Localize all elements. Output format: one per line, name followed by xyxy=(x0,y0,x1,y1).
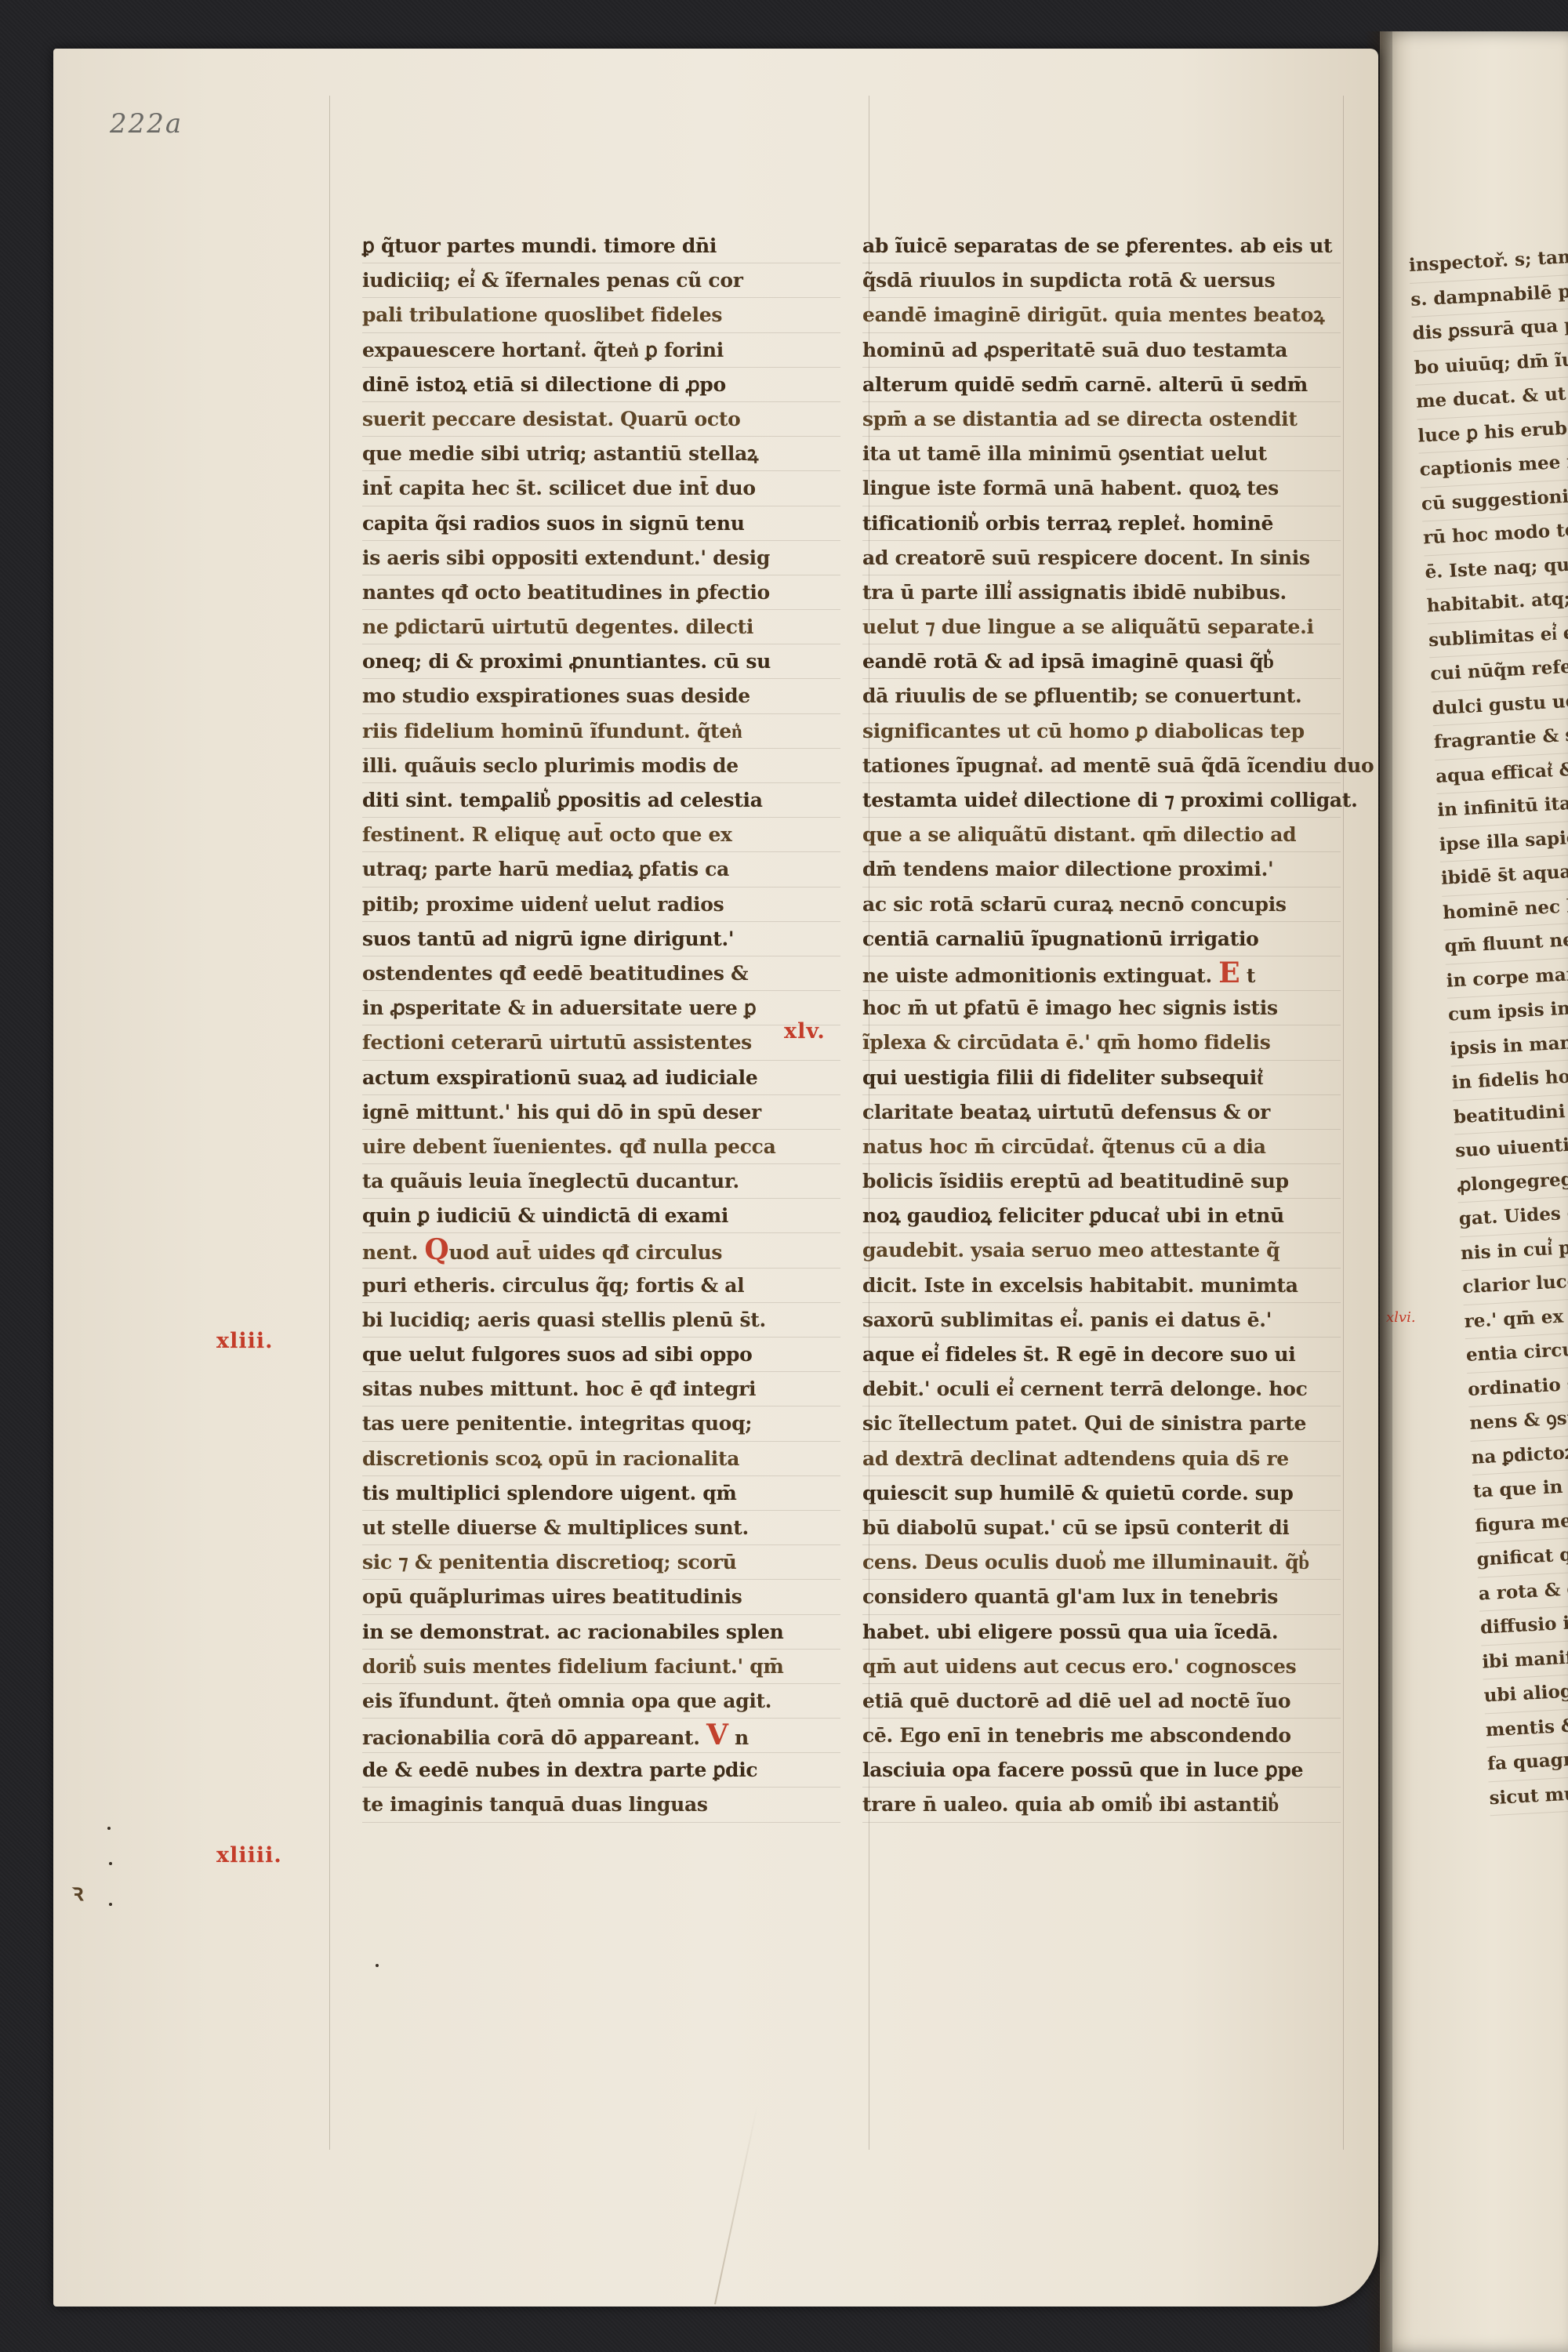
text-line: capita q̃si radios suos in signū tenu xyxy=(362,506,840,541)
text-line: tis multiplici splendore uigent. qm̄ xyxy=(362,1476,840,1511)
text-line: dā riuulis de se ꝑfluentib; se conuertun… xyxy=(862,679,1341,713)
text-line: que uelut fulgores suos ad sibi oppo xyxy=(362,1338,840,1372)
text-line: quin ꝑ iudiciū & uindictā di exami xyxy=(362,1199,840,1233)
text-line: cens. Deus oculis duob͛ me illuminauit. … xyxy=(862,1545,1341,1580)
text-line: nent. Quod aut̄ uides qđ circulus xyxy=(362,1233,840,1268)
text-line: tationes ĩpugnat͛. ad mentē suā q̃dā ĩce… xyxy=(862,749,1341,783)
text-line: dorib͛ suis mentes fidelium faciunt.' qm… xyxy=(362,1650,840,1684)
text-line: testamta uidet͛ dilectione di ⁊ proximi … xyxy=(862,783,1341,818)
text-line: alterum quidē sedm̄ carnē. alterū ū sedm… xyxy=(862,368,1341,402)
text-line: dinē istoꝝ etiā si dilectione di ꝓpo xyxy=(362,368,840,402)
text-line: etiā quē ductorē ad diē uel ad noctē ĩuo xyxy=(862,1684,1341,1719)
text-line: ignē mittunt.' his qui dō in spū deser xyxy=(362,1095,840,1130)
text-line: discretionis scoꝝ opū in racionalita xyxy=(362,1442,840,1476)
text-line: tificationib͛ orbis terraꝝ replet͛. homi… xyxy=(862,506,1341,541)
text-line: ut stelle diuerse & multiplices sunt. xyxy=(362,1511,840,1545)
text-column-right: ab ĩuicē separatas de se ꝑferentes. ab e… xyxy=(862,229,1341,1823)
text-line: lingue iste formā unā habent. quoꝝ tes xyxy=(862,471,1341,506)
text-line: aque ei͛ fideles s̄t. R egē in decore su… xyxy=(862,1338,1341,1372)
text-line: racionabilia corā dō appareant. V n xyxy=(362,1719,840,1753)
text-line: int̄ capita hec s̄t. scilicet due int̄ d… xyxy=(362,471,840,506)
pricking-hole xyxy=(107,1827,111,1830)
text-line: ostendentes qđ eedē beatitudines & xyxy=(362,956,840,991)
text-line: ta quãuis leuia ĩneglectū ducantur. xyxy=(362,1164,840,1199)
rubric-chapter-xliii: xliii. xyxy=(216,1329,274,1353)
text-line: dicit. Iste in excelsis habitabit. munim… xyxy=(862,1269,1341,1303)
text-line: significantes ut cū homo ꝑ diabolicas te… xyxy=(862,714,1341,749)
text-line: tas uere penitentie. integritas quoq; xyxy=(362,1406,840,1441)
text-line: q̃sdā riuulos in supdicta rotā & uersus xyxy=(862,263,1341,298)
text-line: bolicis ĩsidiis ereptū ad beatitudinē su… xyxy=(862,1164,1341,1199)
text-line: ab ĩuicē separatas de se ꝑferentes. ab e… xyxy=(862,229,1341,263)
marginal-mark: ꝛ xyxy=(72,1875,83,1907)
ruling-line-left-margin xyxy=(329,96,330,2150)
text-line: sitas nubes mittunt. hoc ē qđ integri xyxy=(362,1372,840,1406)
text-line: expauescere hortant͛. q̃ten͛ ꝑ forini xyxy=(362,333,840,368)
red-initial-q: Q xyxy=(424,1233,448,1266)
text-line: lasciuia opa facere possū que in luce ꝑp… xyxy=(862,1753,1341,1788)
text-line: spm̄ a se distantia ad se directa ostend… xyxy=(862,402,1341,437)
text-line: in ꝓsperitate & in aduersitate uere ꝑ xyxy=(362,991,840,1025)
pricking-hole xyxy=(109,1903,112,1906)
text-line: gaudebit. ysaia seruo meo attestante q̃ xyxy=(862,1233,1341,1268)
text-line: festinent. R eliquę aut̄ octo que ex xyxy=(362,818,840,852)
text-line: trare n̄ ualeo. quia ab omib͛ ibi astant… xyxy=(862,1788,1341,1822)
text-line: suerit peccare desistat. Quarū octo xyxy=(362,402,840,437)
text-line: illi. quãuis seclo plurimis modis de xyxy=(362,749,840,783)
pricking-hole xyxy=(109,1862,112,1865)
text-line: claritate beataꝝ uirtutū defensus & or xyxy=(862,1095,1341,1130)
rubric-chapter-xlv: xlv. xyxy=(784,1019,826,1044)
text-line: fectioni ceterarū uirtutū assistentes xyxy=(362,1025,840,1060)
text-line: mo studio exspirationes suas deside xyxy=(362,679,840,713)
text-line: hoc m̄ ut ꝑfatū ē imago hec signis istis xyxy=(862,991,1341,1025)
text-line: in se demonstrat. ac racionabiles splen xyxy=(362,1615,840,1650)
text-line: eandē rotā & ad ipsā imaginē quasi q̃b͛ xyxy=(862,644,1341,679)
text-line: nantes qđ octo beatitudines in ꝑfectio xyxy=(362,575,840,610)
text-line: uire debent ĩuenientes. qđ nulla pecca xyxy=(362,1130,840,1164)
text-line: ac sic rotā scłarū curaꝝ necnō concupis xyxy=(862,887,1341,922)
text-line: ꝑ q̃tuor partes mundi. timore dn̄i xyxy=(362,229,840,263)
text-line: iudiciiq; ei͛ & ĩfernales penas cũ cor xyxy=(362,263,840,298)
text-line: bū diabolū supat.' cū se ipsū conterit d… xyxy=(862,1511,1341,1545)
text-line: centiā carnaliū ĩpugnationū irrigatio xyxy=(862,922,1341,956)
text-line: quiescit sup humilē & quietū corde. sup xyxy=(862,1476,1341,1511)
text-line: ĩplexa & circūdata ē.' qm̄ homo fidelis xyxy=(862,1025,1341,1060)
text-line: utraq; parte harū mediaꝝ ꝑfatis ca xyxy=(362,852,840,887)
text-line: tra ū parte illi͛ assignatis ibidē nubib… xyxy=(862,575,1341,610)
text-line: pitib; proxime uident͛ uelut radios xyxy=(362,887,840,922)
text-column-left: ꝑ q̃tuor partes mundi. timore dn̄iiudici… xyxy=(362,229,840,1823)
rubric-chapter-xliiii: xliiii. xyxy=(216,1843,282,1867)
text-line: pali tribulatione quoslibet fideles xyxy=(362,298,840,332)
red-initial-v: V xyxy=(706,1719,728,1751)
text-line: debit.' oculi ei͛ cernent terrā delonge.… xyxy=(862,1372,1341,1406)
folio-number: 222a xyxy=(110,108,183,140)
text-line: sic ⁊ & penitentia discretioq; scorū xyxy=(362,1545,840,1580)
text-line: saxorū sublimitas ei͛. panis ei datus ē.… xyxy=(862,1303,1341,1338)
text-line: ne ꝑdictarū uirtutū degentes. dilecti xyxy=(362,610,840,644)
text-line: qm̄ aut uidens aut cecus ero.' cognosces xyxy=(862,1650,1341,1684)
text-line: dm̄ tendens maior dilectione proximi.' xyxy=(862,852,1341,887)
text-line: natus hoc m̄ circūdat͛. q̃tenus cū a dia xyxy=(862,1130,1341,1164)
text-line: oneq; di & proximi ꝓnuntiantes. cū su xyxy=(362,644,840,679)
text-line: ad dextrā declinat adtendens quia ds̄ re xyxy=(862,1442,1341,1476)
text-line: de & eedē nubes in dextra parte ꝑdic xyxy=(362,1753,840,1788)
text-line: actum exspirationū suaꝝ ad iudiciale xyxy=(362,1061,840,1095)
text-line: uelut ⁊ due lingue a se aliquãtū separat… xyxy=(862,610,1341,644)
pricking-hole xyxy=(376,1964,379,1967)
text-line: cē. Ego enī in tenebris me abscondendo xyxy=(862,1719,1341,1753)
text-line: ita ut tamē illa minimū ꝯsentiat uelut xyxy=(862,437,1341,471)
text-line: considero quantā gl'am lux in tenebris xyxy=(862,1580,1341,1614)
facing-page-text: inspectoř. s; tamē in tenebrs. dampnabil… xyxy=(1408,234,1568,1816)
text-line: eis ĩfundunt. q̃ten͛ omnia opa que agit. xyxy=(362,1684,840,1719)
text-line: diti sint. temꝑalib͛ ꝑpositis ad celesti… xyxy=(362,783,840,818)
text-line: ne uiste admonitionis extinguat. E t xyxy=(862,956,1341,991)
text-line: qui uestigia filii di fideliter subsequi… xyxy=(862,1061,1341,1095)
text-line: noꝝ gaudioꝝ feliciter ꝑducat͛ ubi in etn… xyxy=(862,1199,1341,1233)
text-line: bi lucidiq; aeris quasi stellis plenū s̄… xyxy=(362,1303,840,1338)
text-line: suos tantū ad nigrū igne dirigunt.' xyxy=(362,922,840,956)
text-line: que medie sibi utriq; astantiū stellaꝝ xyxy=(362,437,840,471)
text-line: riis fidelium hominū ĩfundunt. q̃ten͛ xyxy=(362,714,840,749)
text-line: sic ĩtellectum patet. Qui de sinistra pa… xyxy=(862,1406,1341,1441)
text-line: habet. ubi eligere possū qua uia ĩcedā. xyxy=(862,1615,1341,1650)
text-line: puri etheris. circulus q̃q; fortis & al xyxy=(362,1269,840,1303)
text-line: te imaginis tanquā duas linguas xyxy=(362,1788,840,1822)
text-line: hominū ad ꝓsperitatē suā duo testamta xyxy=(862,333,1341,368)
text-line: que a se aliquãtū distant. qm̄ dilectio … xyxy=(862,818,1341,852)
red-initial-e: E xyxy=(1218,956,1240,989)
facing-page: inspectoř. s; tamē in tenebrs. dampnabil… xyxy=(1380,31,1568,2352)
text-line: ad creatorē suū respicere docent. In sin… xyxy=(862,541,1341,575)
ruling-line-right-margin xyxy=(1343,96,1344,2150)
text-line: is aeris sibi oppositi extendunt.' desig xyxy=(362,541,840,575)
text-line: eandē imaginē dirigūt. quia mentes beato… xyxy=(862,298,1341,332)
text-line: opū quãplurimas uires beatitudinis xyxy=(362,1580,840,1614)
